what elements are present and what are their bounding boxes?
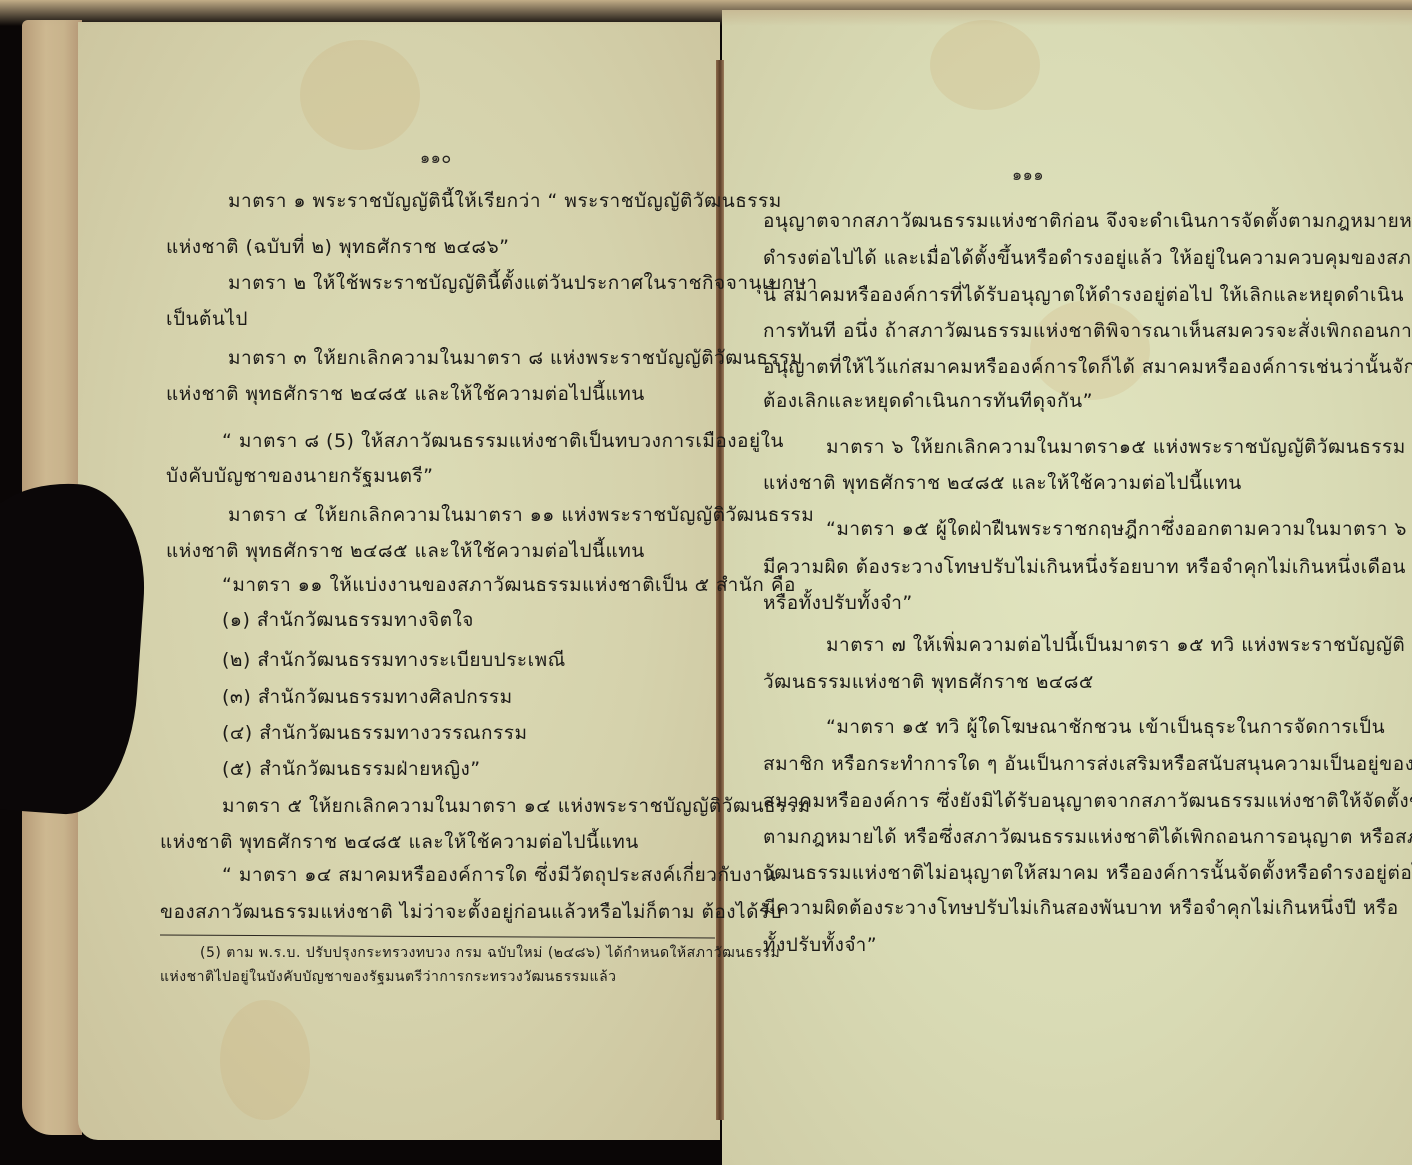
text-line: เป็นต้นไป <box>166 304 248 334</box>
text-line: “ มาตรา ๑๔ สมาคมหรือองค์การใด ซึ่งมีวัตถ… <box>222 860 776 890</box>
text-line: “มาตรา ๑๑ ให้แบ่งงานของสภาวัฒนธรรมแห่งชา… <box>222 570 796 600</box>
list-item: (๕) สำนักวัฒนธรรมฝ่ายหญิง” <box>222 754 481 784</box>
footnote-line: แห่งชาติไปอยู่ในบังคับบัญชาของรัฐมนตรีว่… <box>160 966 617 988</box>
paper-stain <box>930 20 1040 110</box>
text-line: แห่งชาติ พุทธศักราช ๒๔๘๕ และให้ใช้ความต่… <box>166 379 645 409</box>
text-line: ตามกฎหมายได้ หรือซึ่งสภาวัฒนธรรมแห่งชาติ… <box>763 822 1412 852</box>
text-line: ดำรงต่อไปได้ และเมื่อได้ตั้งขึ้นหรือดำรง… <box>763 243 1412 273</box>
text-line: มาตรา ๕ ให้ยกเลิกความในมาตรา ๑๔ แห่งพระร… <box>222 791 811 821</box>
text-line: มาตรา ๗ ให้เพิ่มความต่อไปนี้เป็นมาตรา ๑๕… <box>826 630 1405 660</box>
footnote-line: (5) ตาม พ.ร.บ. ปรับปรุงกระทรวงทบวง กรม ฉ… <box>200 942 780 964</box>
text-line: แห่งชาติ พุทธศักราช ๒๔๘๕ และให้ใช้ความต่… <box>160 827 639 857</box>
page-number-right: ๑๑๑ <box>1012 163 1044 188</box>
text-line: “มาตรา ๑๕ ผู้ใดฝ่าฝืนพระราชกฤษฎีกาซึ่งออ… <box>826 514 1407 544</box>
text-line: มาตรา ๖ ให้ยกเลิกความในมาตรา๑๕ แห่งพระรา… <box>826 432 1406 462</box>
paper-stain <box>220 1000 310 1120</box>
text-line: วัฒนธรรมแห่งชาติไม่อนุญาตให้สมาคม หรืออง… <box>763 858 1412 888</box>
text-line: นี้ สมาคมหรือองค์การที่ได้รับอนุญาตให้ดำ… <box>763 280 1404 310</box>
page-number-left: ๑๑๐ <box>420 146 452 171</box>
text-line: บังคับบัญชาของนายกรัฐมนตรี” <box>166 461 433 491</box>
text-line: มาตรา ๒ ให้ใช้พระราชบัญญัตินี้ตั้งแต่วัน… <box>228 268 818 298</box>
text-line: มาตรา ๑ พระราชบัญญัตินี้ให้เรียกว่า “ พร… <box>228 186 782 216</box>
open-book-photo: ๑๑๐ มาตรา ๑ พระราชบัญญัตินี้ให้เรียกว่า … <box>0 0 1412 1165</box>
text-line: สมาชิก หรือกระทำการใด ๆ อันเป็นการส่งเสร… <box>763 749 1412 779</box>
text-line: ต้องเลิกและหยุดดำเนินการทันทีดุจกัน” <box>763 386 1093 416</box>
paper-stain <box>1030 300 1150 400</box>
list-item: (๒) สำนักวัฒนธรรมทางระเบียบประเพณี <box>222 645 566 675</box>
text-line: ทั้งปรับทั้งจำ” <box>763 930 877 960</box>
text-line: แห่งชาติ (ฉบับที่ ๒) พุทธศักราช ๒๔๘๖” <box>166 232 510 262</box>
text-line: มาตรา ๔ ให้ยกเลิกความในมาตรา ๑๑ แห่งพระร… <box>228 500 814 530</box>
text-line: “มาตรา ๑๕ ทวิ ผู้ใดโฆษณาชักชวน เข้าเป็นธ… <box>826 712 1385 742</box>
list-item: (๔) สำนักวัฒนธรรมทางวรรณกรรม <box>222 718 527 748</box>
text-line: มีความผิดต้องระวางโทษปรับไม่เกินสองพันบา… <box>763 893 1399 923</box>
text-line: “ มาตรา ๘ (5) ให้สภาวัฒนธรรมแห่งชาติเป็น… <box>222 426 784 456</box>
paper-stain <box>300 40 420 150</box>
top-edge-shadow <box>0 0 1412 26</box>
text-line: วัฒนธรรมแห่งชาติ พุทธศักราช ๒๔๘๕ <box>763 667 1094 697</box>
list-item: (๓) สำนักวัฒนธรรมทางศิลปกรรม <box>222 682 513 712</box>
text-line: ของสภาวัฒนธรรมแห่งชาติ ไม่ว่าจะตั้งอยู่ก… <box>160 897 782 927</box>
text-line: การทันที อนึ่ง ถ้าสภาวัฒนธรรมแห่งชาติพิจ… <box>763 316 1412 346</box>
text-line: อนุญาตจากสภาวัฒนธรรมแห่งชาติก่อน จึงจะดำ… <box>763 206 1412 236</box>
text-line: อนุญาตที่ให้ไว้แก่สมาคมหรือองค์การใดก็ได… <box>763 352 1412 382</box>
text-line: มีความผิด ต้องระวางโทษปรับไม่เกินหนึ่งร้… <box>763 552 1406 582</box>
text-line: แห่งชาติ พุทธศักราช ๒๔๘๕ และให้ใช้ความต่… <box>166 536 645 566</box>
text-line: สมาคมหรือองค์การ ซึ่งยังมิได้รับอนุญาตจา… <box>763 786 1412 816</box>
text-line: หรือทั้งปรับทั้งจำ” <box>763 588 913 618</box>
text-line: แห่งชาติ พุทธศักราช ๒๔๘๕ และให้ใช้ความต่… <box>763 468 1242 498</box>
list-item: (๑) สำนักวัฒนธรรมทางจิตใจ <box>222 605 474 635</box>
text-line: มาตรา ๓ ให้ยกเลิกความในมาตรา ๘ แห่งพระรา… <box>228 343 803 373</box>
